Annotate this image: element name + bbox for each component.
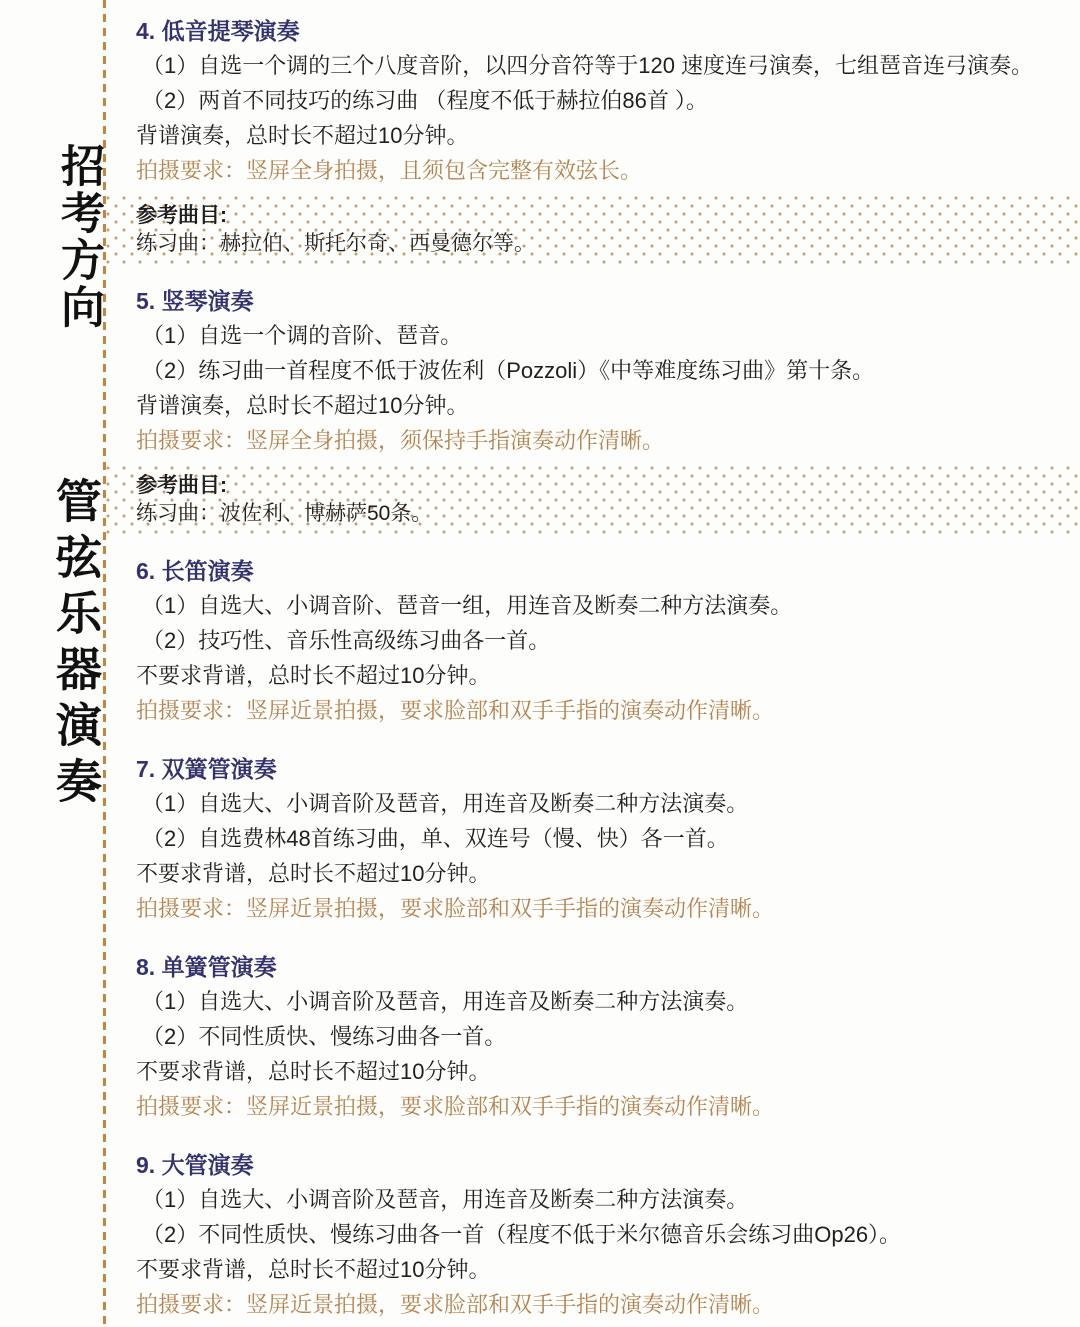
requirement-item: （2）自选费林48首练习曲，单、双连号（慢、快）各一首。 <box>136 821 1056 856</box>
section-double-bass: 4. 低音提琴演奏 （1）自选一个调的三个八度音阶，以四分音符等于120 速度连… <box>136 16 1056 266</box>
performance-note: 不要求背谱，总时长不超过10分钟。 <box>136 658 1056 693</box>
shooting-requirement: 拍摄要求：竖屏全身拍摄，且须包含完整有效弦长。 <box>136 153 1056 188</box>
shooting-requirement: 拍摄要求：竖屏近景拍摄，要求脸部和双手手指的演奏动作清晰。 <box>136 693 1056 728</box>
section-title: 9. 大管演奏 <box>136 1150 1056 1180</box>
section-oboe: 7. 双簧管演奏 （1）自选大、小调音阶及琶音，用连音及断奏二种方法演奏。 （2… <box>136 754 1056 926</box>
section-title: 4. 低音提琴演奏 <box>136 16 1056 46</box>
performance-note: 不要求背谱，总时长不超过10分钟。 <box>136 1054 1056 1089</box>
section-bassoon: 9. 大管演奏 （1）自选大、小调音阶及琶音，用连音及断奏二种方法演奏。 （2）… <box>136 1150 1056 1322</box>
content-column: 4. 低音提琴演奏 （1）自选一个调的三个八度音阶，以四分音符等于120 速度连… <box>106 0 1080 1322</box>
section-title: 6. 长笛演奏 <box>136 556 1056 586</box>
section-clarinet: 8. 单簧管演奏 （1）自选大、小调音阶及琶音，用连音及断奏二种方法演奏。 （2… <box>136 952 1056 1124</box>
performance-note: 不要求背谱，总时长不超过10分钟。 <box>136 1252 1056 1287</box>
reference-box-label: 参考曲目: <box>136 472 1056 500</box>
reference-box-label: 参考曲目: <box>136 202 1056 230</box>
shooting-requirement: 拍摄要求：竖屏全身拍摄，须保持手指演奏动作清晰。 <box>136 423 1056 458</box>
section-flute: 6. 长笛演奏 （1）自选大、小调音阶、琶音一组，用连音及断奏二种方法演奏。 （… <box>136 556 1056 728</box>
reference-repertoire-box: 参考曲目: 练习曲：波佐利、博赫萨50条。 <box>106 464 1080 536</box>
requirement-item: （1）自选大、小调音阶及琶音，用连音及断奏二种方法演奏。 <box>136 984 1056 1019</box>
requirement-item: （2）两首不同技巧的练习曲 （程度不低于赫拉伯86首 ）。 <box>136 83 1056 118</box>
performance-note: 背谱演奏，总时长不超过10分钟。 <box>136 388 1056 423</box>
requirement-item: （1）自选一个调的三个八度音阶，以四分音符等于120 速度连弓演奏，七组琶音连弓… <box>136 48 1056 83</box>
section-title: 7. 双簧管演奏 <box>136 754 1056 784</box>
reference-repertoire-box: 参考曲目: 练习曲：赫拉伯、斯托尔奇、西曼德尔等。 <box>106 194 1080 266</box>
section-title: 5. 竖琴演奏 <box>136 286 1056 316</box>
section-title: 8. 单簧管演奏 <box>136 952 1056 982</box>
requirement-item: （2）练习曲一首程度不低于波佐利（Pozzoli）《中等难度练习曲》第十条。 <box>136 353 1056 388</box>
section-harp: 5. 竖琴演奏 （1）自选一个调的音阶、琶音。 （2）练习曲一首程度不低于波佐利… <box>136 286 1056 536</box>
admission-requirements-page: { "left_rail": { "label_top": "招考方向", "l… <box>0 0 1080 1327</box>
reference-box-content: 练习曲：波佐利、博赫萨50条。 <box>136 500 1056 528</box>
reference-box-content: 练习曲：赫拉伯、斯托尔奇、西曼德尔等。 <box>136 230 1056 258</box>
shooting-requirement: 拍摄要求：竖屏近景拍摄，要求脸部和双手手指的演奏动作清晰。 <box>136 1089 1056 1124</box>
requirement-item: （2）技巧性、音乐性高级练习曲各一首。 <box>136 623 1056 658</box>
rail-label-admission-direction: 招考方向 <box>46 143 110 331</box>
rail-label-orchestral-instrument-performance: 管弦乐器演奏 <box>43 477 109 813</box>
shooting-requirement: 拍摄要求：竖屏近景拍摄，要求脸部和双手手指的演奏动作清晰。 <box>136 891 1056 926</box>
performance-note: 不要求背谱，总时长不超过10分钟。 <box>136 856 1056 891</box>
requirement-item: （2）不同性质快、慢练习曲各一首。 <box>136 1019 1056 1054</box>
performance-note: 背谱演奏，总时长不超过10分钟。 <box>136 118 1056 153</box>
requirement-item: （1）自选大、小调音阶、琶音一组，用连音及断奏二种方法演奏。 <box>136 588 1056 623</box>
requirement-item: （2）不同性质快、慢练习曲各一首（程度不低于米尔德音乐会练习曲Op26）。 <box>136 1217 1056 1252</box>
requirement-item: （1）自选大、小调音阶及琶音，用连音及断奏二种方法演奏。 <box>136 1182 1056 1217</box>
requirement-item: （1）自选大、小调音阶及琶音，用连音及断奏二种方法演奏。 <box>136 786 1056 821</box>
requirement-item: （1）自选一个调的音阶、琶音。 <box>136 318 1056 353</box>
shooting-requirement: 拍摄要求：竖屏近景拍摄，要求脸部和双手手指的演奏动作清晰。 <box>136 1287 1056 1322</box>
